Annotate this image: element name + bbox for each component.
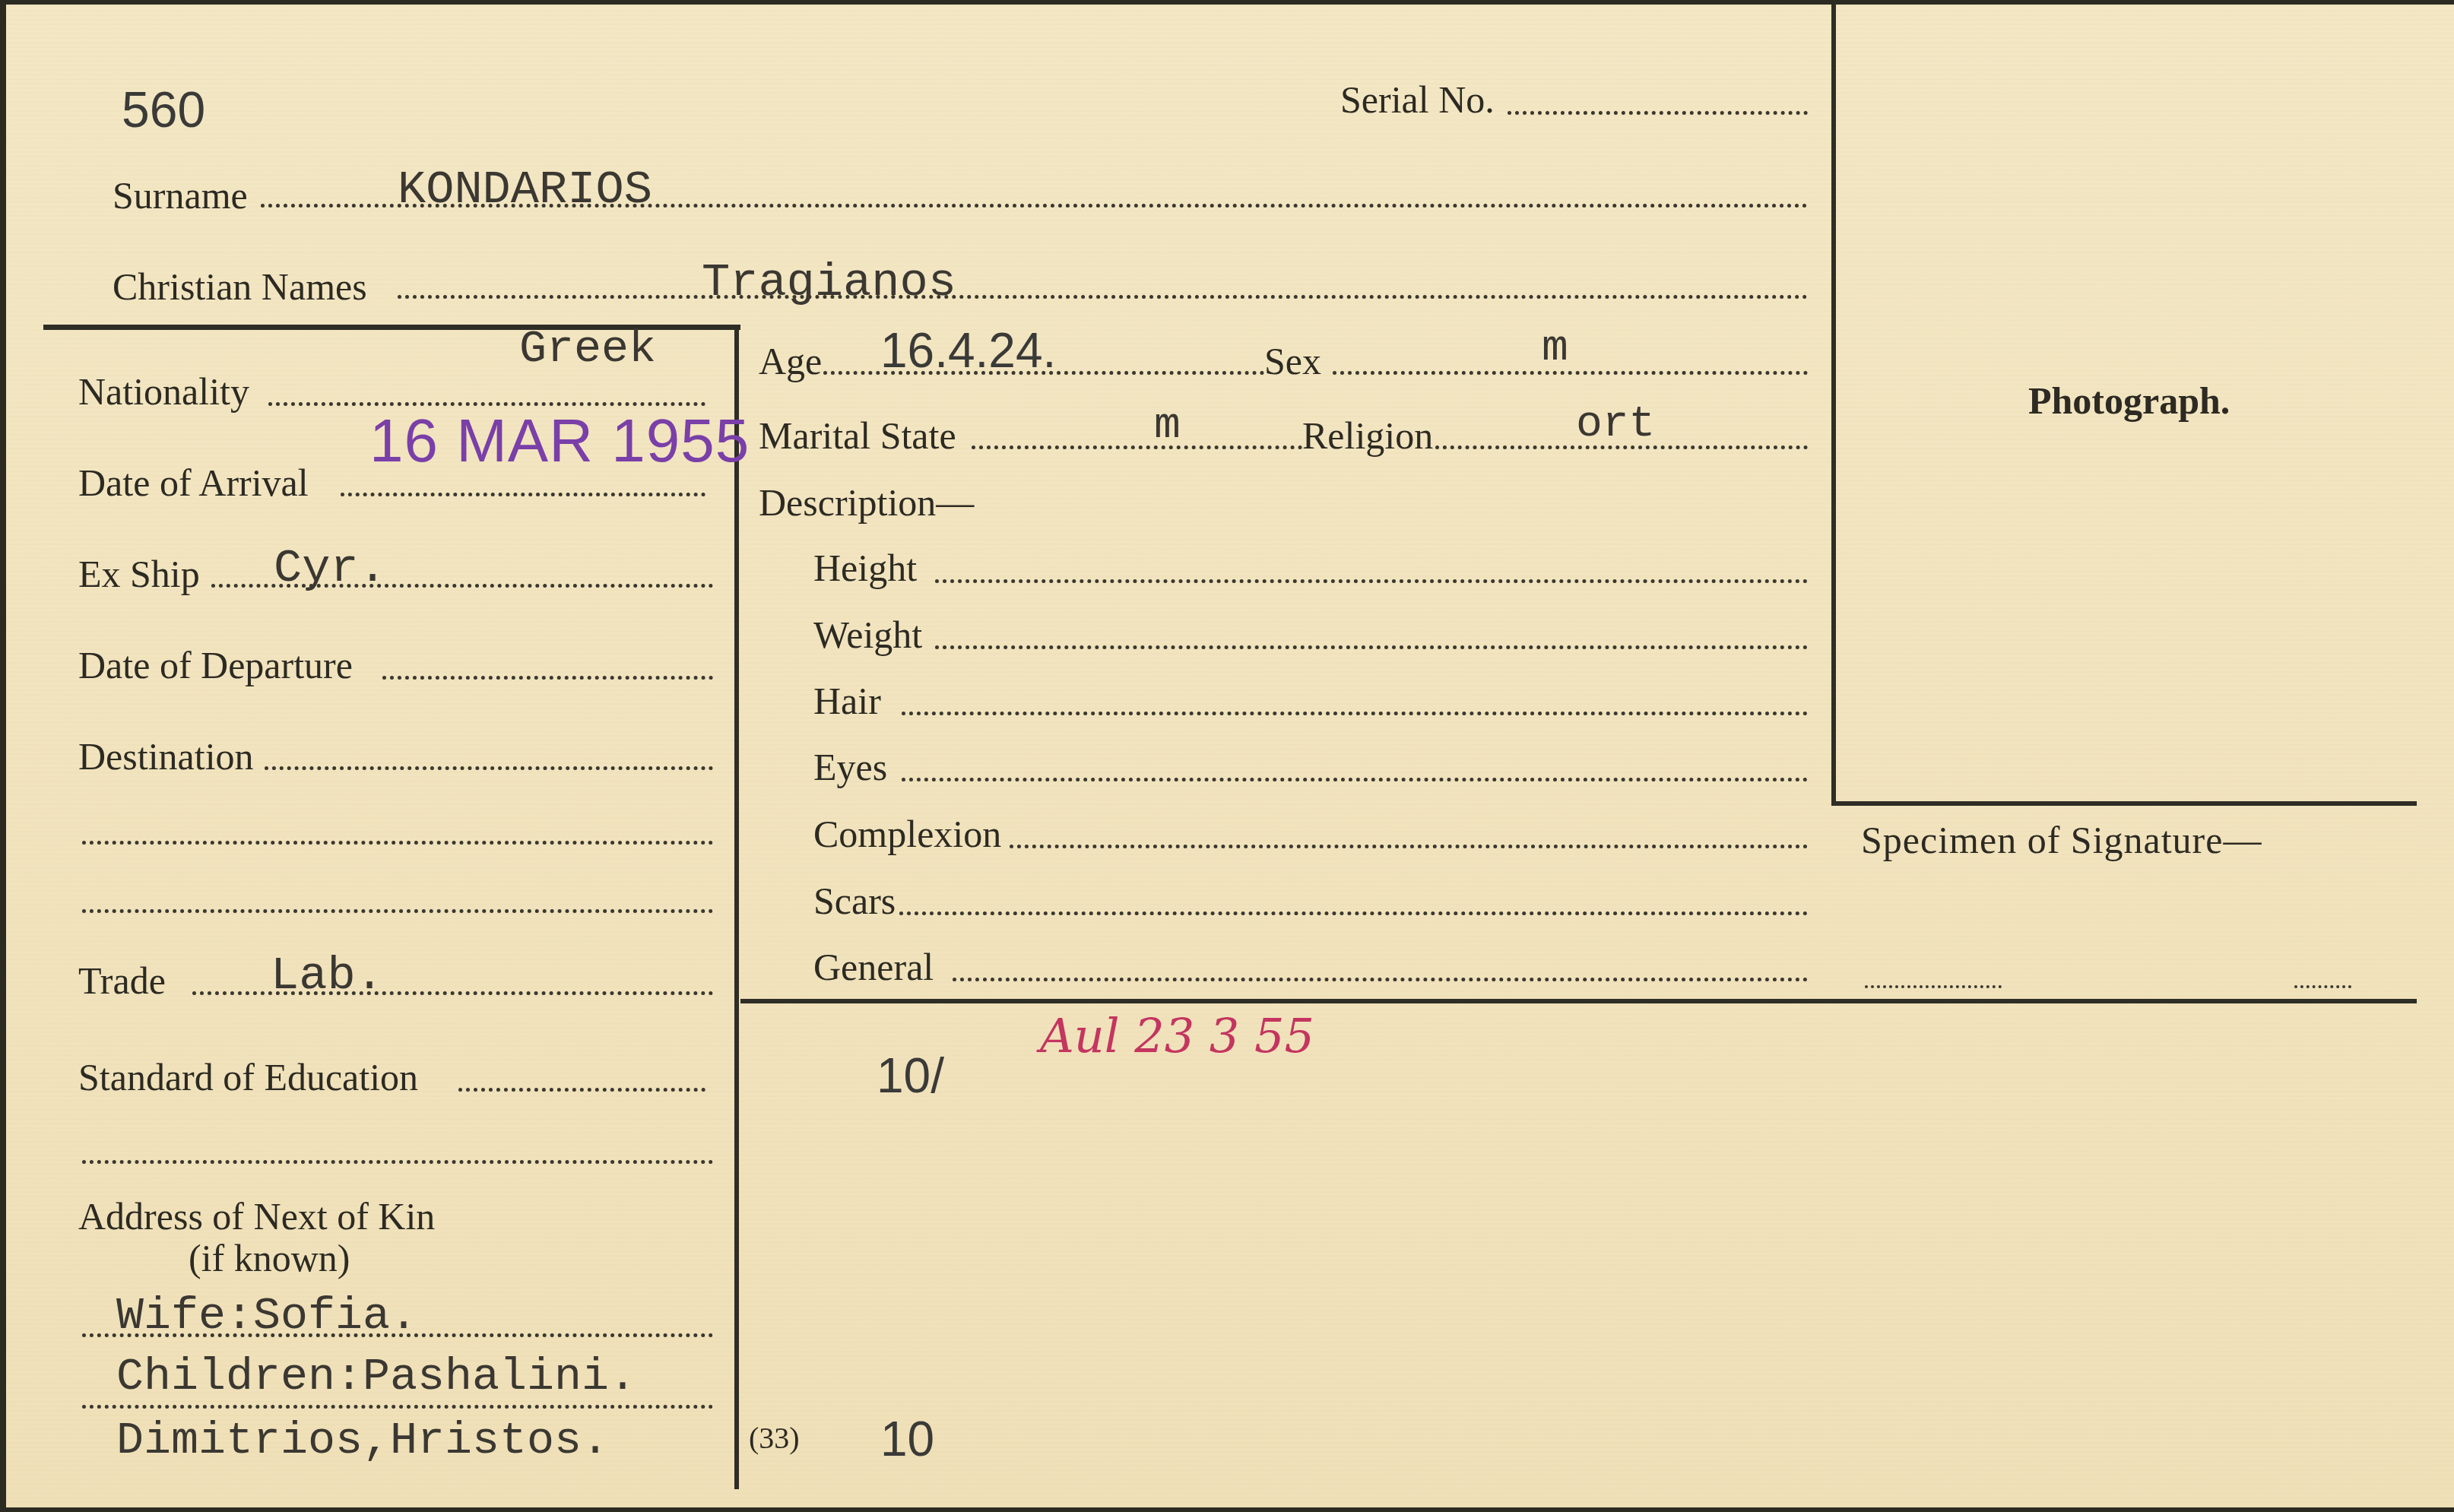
signature-line-end [2294, 985, 2351, 988]
next-of-kin-children[interactable]: Children:Pashalini. [116, 1352, 636, 1403]
height-label: Height [813, 546, 917, 590]
registration-card: 560 Serial No. Surname KONDARIOS Christi… [0, 0, 2454, 1512]
next-of-kin-label: Address of Next of Kin [78, 1194, 435, 1238]
standard-of-education-label: Standard of Education [78, 1055, 418, 1099]
nationality-label: Nationality [78, 369, 249, 414]
date-of-arrival-label: Date of Arrival [78, 461, 309, 505]
eyes-label: Eyes [813, 745, 887, 789]
marital-state-label: Marital State [759, 414, 956, 458]
next-of-kin-children-cont[interactable]: Dimitrios,Hristos. [116, 1415, 609, 1467]
height-field[interactable] [935, 579, 1808, 583]
date-of-departure-field[interactable] [382, 676, 713, 680]
form-code: (33) [749, 1420, 800, 1456]
destination-field[interactable] [265, 766, 713, 770]
christian-names-value[interactable]: Tragianos [702, 255, 956, 309]
sex-value[interactable]: m [1542, 324, 1568, 373]
hair-field[interactable] [902, 712, 1808, 715]
bottom-number: 10 [880, 1411, 934, 1467]
trade-label: Trade [78, 959, 166, 1003]
religion-value[interactable]: ort [1576, 400, 1655, 449]
next-of-kin-wife[interactable]: Wife:Sofia. [116, 1291, 417, 1342]
complexion-label: Complexion [813, 812, 1001, 856]
hair-label: Hair [813, 679, 881, 723]
eyes-field[interactable] [902, 778, 1808, 781]
christian-names-line [398, 295, 1808, 299]
religion-label: Religion [1302, 414, 1433, 458]
marital-state-value[interactable]: m [1154, 401, 1181, 451]
destination-label: Destination [78, 734, 254, 778]
age-label: Age [759, 339, 822, 383]
handwritten-note: Aul 23 3 55 [1040, 1008, 1314, 1063]
nationality-value[interactable]: Greek [519, 324, 656, 376]
arrival-date-stamp[interactable]: 16 MAR 1955 [369, 406, 750, 476]
ex-ship-label: Ex Ship [78, 552, 200, 596]
scars-field[interactable] [899, 911, 1808, 915]
age-value[interactable]: 16.4.24. [880, 322, 1056, 379]
serial-no-label: Serial No. [1340, 78, 1495, 122]
next-of-kin-line-2 [82, 1405, 713, 1409]
scars-label: Scars [813, 879, 896, 923]
surname-label: Surname [113, 173, 248, 217]
signature-label: Specimen of Signature— [1861, 818, 2262, 862]
christian-names-label: Christian Names [113, 265, 367, 309]
general-label: General [813, 945, 934, 989]
weight-label: Weight [813, 613, 922, 657]
destination-line-2[interactable] [82, 841, 713, 845]
trade-value[interactable]: Lab. [271, 949, 384, 1003]
serial-no-field[interactable] [1508, 111, 1808, 115]
ex-ship-value[interactable]: Cyr. [274, 541, 387, 595]
photo-box-bottom-rule [1831, 801, 2417, 806]
complexion-field[interactable] [1010, 845, 1808, 848]
middle-section-rule [740, 999, 2417, 1003]
date-of-arrival-line [341, 493, 705, 496]
marital-state-line [972, 445, 1302, 449]
date-of-departure-label: Date of Departure [78, 643, 353, 687]
weight-field[interactable] [935, 645, 1808, 649]
sex-line [1333, 371, 1808, 375]
card-number: 560 [122, 81, 205, 138]
photograph-label: Photograph. [2028, 379, 2230, 423]
fee-note: 10/ [877, 1048, 944, 1104]
next-of-kin-sublabel: (if known) [189, 1236, 350, 1280]
destination-line-3[interactable] [82, 909, 713, 913]
sex-label: Sex [1264, 339, 1321, 383]
surname-value[interactable]: KONDARIOS [398, 163, 652, 217]
signature-field[interactable] [1865, 985, 2002, 988]
standard-of-education-field[interactable] [458, 1088, 705, 1092]
education-line-2[interactable] [82, 1160, 713, 1164]
general-field[interactable] [953, 978, 1808, 981]
description-label: Description— [759, 480, 974, 525]
center-divider [734, 325, 739, 1489]
